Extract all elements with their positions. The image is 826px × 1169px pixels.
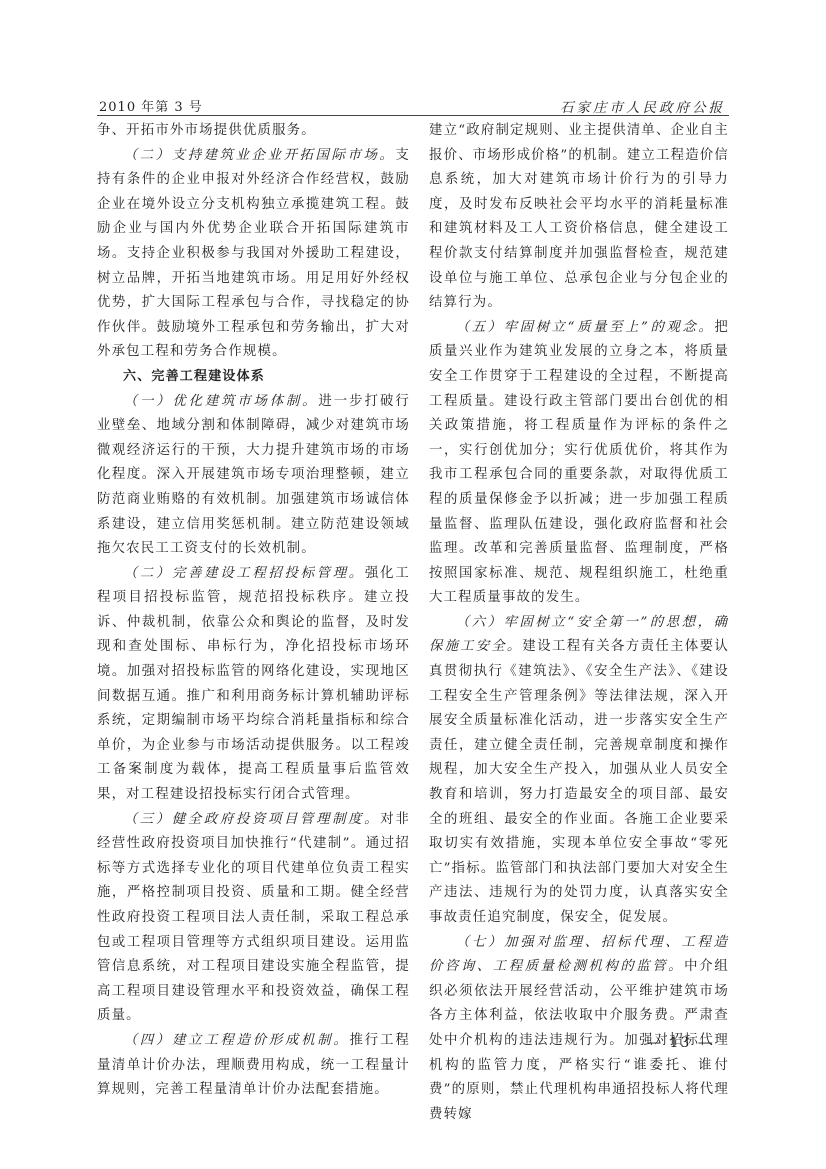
paragraph-text: 支持有条件的企业申报对外经济合作经营权，鼓励企业在境外设立分支机构独立承揽建筑工… [97, 148, 410, 360]
paragraph: （五）牢固树立“质量至上”的观念。把质量兴业作为建筑业发展的立身之本，将质量安全… [429, 316, 729, 611]
running-header: 2010 年第 3 号 石家庄市人民政府公报 [97, 96, 729, 114]
left-column: 争、开拓市外市场提供优质服务。 （二）支持建筑业企业开拓国际市场。支持有条件的企… [97, 119, 410, 1103]
paragraph: 争、开拓市外市场提供优质服务。 [97, 119, 410, 144]
paragraph-text: 对非经营性政府投资项目加快推行“代建制”。通过招标等方式选择专业化的项目代建单位… [97, 812, 410, 1024]
paragraph: （一）优化建筑市场体制。进一步打破行业壁垒、地域分割和体制障碍，减少对建筑市场微… [97, 390, 410, 562]
paragraph: （六）牢固树立“安全第一”的思想，确保施工安全。建设工程有关各方责任主体要认真贯… [429, 611, 729, 931]
paragraph: （四）建立工程造价形成机制。推行工程量清单计价办法，理顺费用构成，统一工程量计算… [97, 1029, 410, 1103]
paragraph-text: 进一步打破行业壁垒、地域分割和体制障碍，减少对建筑市场微观经济运行的干预，大力提… [97, 394, 410, 557]
paragraph-text: 建设工程有关各方责任主体要认真贯彻执行《建筑法》、《安全生产法》、《建设工程安全… [429, 639, 729, 925]
paragraph-lead: （二）支持建筑业企业开拓国际市场。 [124, 148, 396, 163]
paragraph-lead: （四）建立工程造价形成机制。 [124, 1033, 350, 1048]
header-divider [97, 115, 729, 116]
paragraph-lead: （三）健全政府投资项目管理制度。 [124, 812, 380, 827]
paragraph: （二）支持建筑业企业开拓国际市场。支持有条件的企业申报对外经济合作经营权，鼓励企… [97, 144, 410, 365]
paragraph-text: 争、开拓市外市场提供优质服务。 [97, 123, 316, 138]
issue-label: 2010 年第 3 号 [99, 96, 203, 115]
paragraph: （二）完善建设工程招投标管理。强化工程项目招投标监管，规范招投标秩序。建立投诉、… [97, 562, 410, 808]
paragraph: 建立“政府制定规则、业主提供清单、企业自主报价、市场形成价格”的机制。建立工程造… [429, 119, 729, 316]
page-number: — 13 — [647, 1035, 714, 1051]
paragraph: （三）健全政府投资项目管理制度。对非经营性政府投资项目加快推行“代建制”。通过招… [97, 808, 410, 1029]
paragraph: （七）加强对监理、招标代理、工程造价咨询、工程质量检测机构的监管。中介组织必须依… [429, 931, 729, 1128]
publication-title: 石家庄市人民政府公报 [560, 96, 725, 116]
right-column: 建立“政府制定规则、业主提供清单、企业自主报价、市场形成价格”的机制。建立工程造… [429, 119, 729, 1127]
paragraph-text: 建立“政府制定规则、业主提供清单、企业自主报价、市场形成价格”的机制。建立工程造… [429, 123, 729, 310]
paragraph-lead: （二）完善建设工程招投标管理。 [124, 566, 365, 581]
section-heading: 六、完善工程建设体系 [97, 365, 410, 390]
paragraph-lead: （五）牢固树立“质量至上”的观念。 [456, 320, 715, 335]
paragraph-text: 强化工程项目招投标监管，规范招投标秩序。建立投诉、仲裁机制，依靠公众和舆论的监督… [97, 566, 410, 802]
paragraph-lead: （一）优化建筑市场体制。 [124, 394, 319, 409]
paragraph-text: 把质量兴业作为建筑业发展的立身之本，将质量安全工作贯穿于工程建设的全过程，不断提… [429, 320, 729, 606]
